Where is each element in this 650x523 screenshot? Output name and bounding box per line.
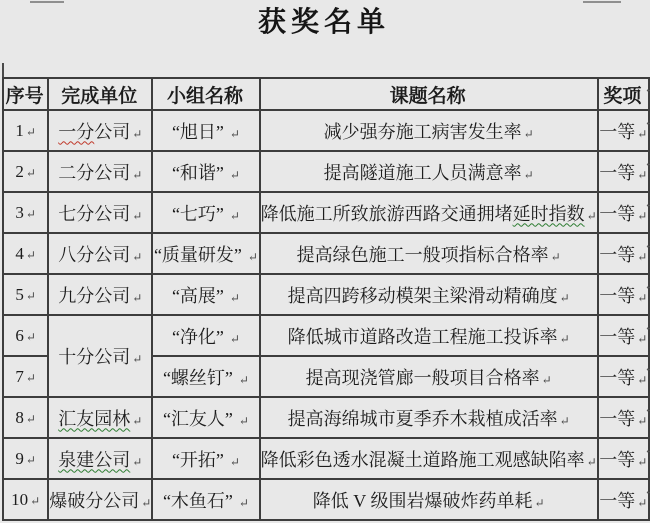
cell-award[interactable]: 一等↵ (598, 274, 649, 315)
table-row: 1↵一分公司↵“旭日”↵减少强夯施工病害发生率↵一等↵ (3, 110, 649, 151)
end-of-cell-mark: ↵ (30, 494, 40, 508)
end-of-cell-mark: ↵ (26, 330, 36, 344)
end-of-cell-mark: ↵ (26, 125, 36, 139)
end-of-cell-mark: ↵ (132, 209, 142, 223)
table-row: 8↵汇友园林↵“汇友人”↵提高海绵城市夏季乔木栽植成活率↵一等↵ (3, 397, 649, 438)
end-of-cell-mark: ↵ (132, 352, 142, 366)
header-no[interactable]: 序号 (3, 78, 48, 110)
cell-no[interactable]: 5↵ (3, 274, 48, 315)
spellcheck-squiggle: 一分 (58, 122, 94, 142)
end-of-cell-mark: ↵ (230, 127, 240, 141)
end-of-cell-mark: ↵ (230, 168, 240, 182)
table-row: 6↵十分公司↵“净化”↵降低城市道路改造工程施工投诉率↵一等↵ (3, 315, 649, 356)
cell-award[interactable]: 一等↵ (598, 151, 649, 192)
header-row: 序号 完成单位 小组名称 课题名称 奖项 (3, 78, 649, 110)
end-of-cell-mark: ↵ (239, 414, 249, 428)
cell-unit[interactable]: 汇友园林↵ (48, 397, 152, 438)
end-of-row-mark: ↵ (645, 487, 650, 499)
cell-award[interactable]: 一等↵ (598, 397, 649, 438)
table-row: 2↵二分公司↵“和谐”↵提高隧道施工人员满意率↵一等↵ (3, 151, 649, 192)
end-of-cell-mark: ↵ (560, 332, 570, 346)
cell-no[interactable]: 6↵ (3, 315, 48, 356)
cell-group[interactable]: “旭日”↵ (152, 110, 259, 151)
cell-topic[interactable]: 降低彩色透水混凝土道路施工观感缺陷率↵ (260, 438, 598, 479)
end-of-cell-mark: ↵ (132, 455, 142, 469)
end-of-cell-mark: ↵ (230, 291, 240, 305)
cell-award[interactable]: 一等↵ (598, 479, 649, 520)
cell-unit[interactable]: 十分公司↵ (48, 315, 152, 397)
cell-no[interactable]: 1↵ (3, 110, 48, 151)
cell-unit[interactable]: 九分公司↵ (48, 274, 152, 315)
cell-group[interactable]: “汇友人”↵ (152, 397, 259, 438)
cell-no[interactable]: 9↵ (3, 438, 48, 479)
end-of-cell-mark: ↵ (26, 289, 36, 303)
header-topic[interactable]: 课题名称 (260, 78, 598, 110)
document-page: 获奖名单 序号 完成单位 小组名称 课题名称 奖项 1↵一分公司↵“旭日”↵减少… (0, 0, 650, 523)
end-of-cell-mark: ↵ (26, 412, 36, 426)
cell-unit[interactable]: 一分公司↵ (48, 110, 152, 151)
cell-topic[interactable]: 降低 V 级围岩爆破炸药单耗↵ (260, 479, 598, 520)
cell-topic[interactable]: 降低城市道路改造工程施工投诉率↵ (260, 315, 598, 356)
page-title-text[interactable]: 获奖名单 (258, 7, 390, 38)
cell-group[interactable]: “质量研发”↵ (152, 233, 259, 274)
end-of-row-mark: ↵ (645, 364, 650, 376)
table-row: 4↵八分公司↵“质量研发”↵提高绿色施工一般项指标合格率↵一等↵ (3, 233, 649, 274)
end-of-cell-mark: ↵ (132, 291, 142, 305)
cell-group[interactable]: “高展”↵ (152, 274, 259, 315)
cell-award[interactable]: 一等↵ (598, 438, 649, 479)
award-table-body: 1↵一分公司↵“旭日”↵减少强夯施工病害发生率↵一等↵2↵二分公司↵“和谐”↵提… (3, 110, 649, 520)
end-of-cell-mark: ↵ (542, 373, 552, 387)
end-of-cell-mark: ↵ (239, 373, 249, 387)
cell-topic[interactable]: 减少强夯施工病害发生率↵ (260, 110, 598, 151)
end-of-row-mark: ↵ (645, 446, 650, 458)
end-of-cell-mark: ↵ (132, 250, 142, 264)
top-left-crop-artifact (30, 1, 64, 3)
end-of-cell-mark: ↵ (26, 207, 36, 221)
cell-unit[interactable]: 八分公司↵ (48, 233, 152, 274)
cell-topic[interactable]: 提高现浇管廊一般项目合格率↵ (260, 356, 598, 397)
end-of-cell-mark: ↵ (524, 168, 534, 182)
end-of-cell-mark: ↵ (230, 209, 240, 223)
cell-award[interactable]: 一等↵ (598, 315, 649, 356)
spellcheck-squiggle: 泉建公司 (58, 450, 130, 470)
end-of-cell-mark: ↵ (230, 455, 240, 469)
end-of-cell-mark: ↵ (587, 209, 597, 223)
end-of-cell-mark: ↵ (26, 453, 36, 467)
end-of-row-mark: ↵ (645, 118, 650, 130)
end-of-cell-mark: ↵ (551, 250, 561, 264)
end-of-cell-mark: ↵ (132, 127, 142, 141)
cell-no[interactable]: 2↵ (3, 151, 48, 192)
end-of-cell-mark: ↵ (132, 414, 142, 428)
cell-group[interactable]: “净化”↵ (152, 315, 259, 356)
cell-award[interactable]: 一等↵ (598, 192, 649, 233)
cell-topic[interactable]: 降低施工所致旅游西路交通拥堵延时指数↵ (260, 192, 598, 233)
header-unit[interactable]: 完成单位 (48, 78, 152, 110)
end-of-cell-mark: ↵ (248, 250, 258, 264)
cell-group[interactable]: “木鱼石”↵ (152, 479, 259, 520)
end-of-cell-mark: ↵ (26, 166, 36, 180)
cell-unit[interactable]: 爆破分公司↵ (48, 479, 152, 520)
table-row: 5↵九分公司↵“高展”↵提高四跨移动模架主梁滑动精确度↵一等↵ (3, 274, 649, 315)
cell-award[interactable]: 一等↵ (598, 110, 649, 151)
cell-no[interactable]: 4↵ (3, 233, 48, 274)
header-group[interactable]: 小组名称 (152, 78, 259, 110)
header-award[interactable]: 奖项 (598, 78, 649, 110)
end-of-cell-mark: ↵ (560, 291, 570, 305)
end-of-row-mark: ↵ (645, 200, 650, 212)
cell-no[interactable]: 10↵ (3, 479, 48, 520)
table-row: 3↵七分公司↵“七巧”↵降低施工所致旅游西路交通拥堵延时指数↵一等↵ (3, 192, 649, 233)
cell-topic[interactable]: 提高四跨移动模架主梁滑动精确度↵ (260, 274, 598, 315)
cell-topic[interactable]: 提高隧道施工人员满意率↵ (260, 151, 598, 192)
cell-group[interactable]: “七巧”↵ (152, 192, 259, 233)
end-of-cell-mark: ↵ (524, 127, 534, 141)
cell-no[interactable]: 3↵ (3, 192, 48, 233)
cell-no[interactable]: 7↵ (3, 356, 48, 397)
cell-award[interactable]: 一等↵ (598, 233, 649, 274)
cell-group[interactable]: “螺丝钉”↵ (152, 356, 259, 397)
cell-group[interactable]: “和谐”↵ (152, 151, 259, 192)
end-of-row-mark: ↵ (645, 85, 650, 97)
cell-topic[interactable]: 提高海绵城市夏季乔木栽植成活率↵ (260, 397, 598, 438)
spellcheck-squiggle: 汇友园林 (58, 409, 130, 429)
cell-unit[interactable]: 二分公司↵ (48, 151, 152, 192)
cell-group[interactable]: “开拓”↵ (152, 438, 259, 479)
end-of-cell-mark: ↵ (587, 455, 597, 469)
cell-no[interactable]: 8↵ (3, 397, 48, 438)
end-of-cell-mark: ↵ (560, 414, 570, 428)
end-of-row-mark: ↵ (645, 405, 650, 417)
page-title[interactable]: 获奖名单 (0, 5, 650, 45)
table-row: 10↵爆破分公司↵“木鱼石”↵降低 V 级围岩爆破炸药单耗↵一等↵ (3, 479, 649, 520)
cell-unit[interactable]: 七分公司↵ (48, 192, 152, 233)
table-corner-border-stub (2, 63, 4, 77)
end-of-row-mark: ↵ (645, 241, 650, 253)
end-of-row-mark: ↵ (645, 323, 650, 335)
award-table: 序号 完成单位 小组名称 课题名称 奖项 1↵一分公司↵“旭日”↵减少强夯施工病… (2, 77, 650, 521)
cell-award[interactable]: 一等↵ (598, 356, 649, 397)
end-of-cell-mark: ↵ (26, 248, 36, 262)
end-of-row-mark: ↵ (645, 159, 650, 171)
end-of-cell-mark: ↵ (132, 168, 142, 182)
end-of-cell-mark: ↵ (534, 496, 544, 510)
end-of-row-mark: ↵ (645, 282, 650, 294)
cell-unit[interactable]: 泉建公司↵ (48, 438, 152, 479)
table-row: 9↵泉建公司↵“开拓”↵降低彩色透水混凝土道路施工观感缺陷率↵一等↵ (3, 438, 649, 479)
end-of-cell-mark: ↵ (230, 332, 240, 346)
top-right-crop-artifact (583, 1, 621, 3)
end-of-cell-mark: ↵ (26, 371, 36, 385)
end-of-cell-mark: ↵ (141, 496, 151, 510)
spellcheck-squiggle: 延时指数 (513, 204, 585, 224)
cell-topic[interactable]: 提高绿色施工一般项指标合格率↵ (260, 233, 598, 274)
end-of-cell-mark: ↵ (239, 496, 249, 510)
